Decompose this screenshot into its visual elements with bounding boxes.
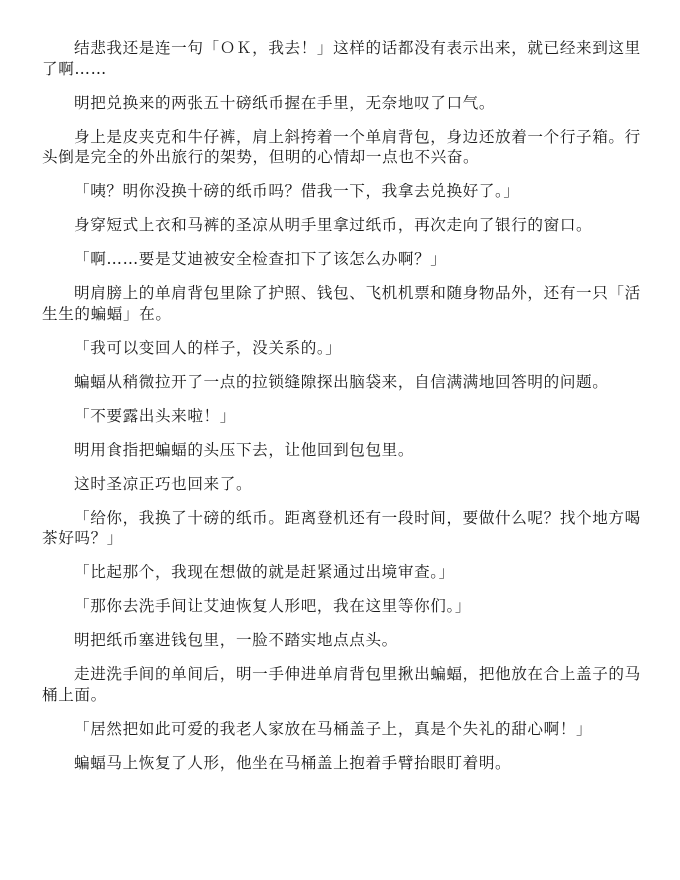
paragraph: 「那你去洗手间让艾迪恢复人形吧，我在这里等你们。」 [42, 596, 642, 617]
paragraph: 这时圣凉正巧也回来了。 [42, 474, 642, 495]
paragraph: 明把兑换来的两张五十磅纸币握在手里，无奈地叹了口气。 [42, 93, 642, 114]
paragraph: 「居然把如此可爱的我老人家放在马桶盖子上，真是个失礼的甜心啊！」 [42, 719, 642, 740]
paragraph: 蝙蝠马上恢复了人形，他坐在马桶盖上抱着手臂抬眼盯着明。 [42, 753, 642, 774]
paragraph: 「啊……要是艾迪被安全检查扣下了该怎么办啊？」 [42, 249, 642, 270]
paragraph: 明肩膀上的单肩背包里除了护照、钱包、飞机机票和随身物品外，还有一只「活生生的蝙蝠… [42, 283, 642, 324]
paragraph: 「不要露出头来啦！」 [42, 406, 642, 427]
paragraph: 走进洗手间的单间后，明一手伸进单肩背包里揪出蝙蝠，把他放在合上盖子的马桶上面。 [42, 664, 642, 705]
paragraph: 身上是皮夹克和牛仔裤，肩上斜挎着一个单肩背包，身边还放着一个行子箱。行头倒是完全… [42, 127, 642, 168]
paragraph: 「我可以变回人的样子，没关系的。」 [42, 338, 642, 359]
document-page: 结悲我还是连一句「ＯＫ，我去！」这样的话都没有表示出来，就已经来到这里了啊…… … [42, 38, 642, 787]
paragraph: 结悲我还是连一句「ＯＫ，我去！」这样的话都没有表示出来，就已经来到这里了啊…… [42, 38, 642, 79]
paragraph: 明用食指把蝙蝠的头压下去，让他回到包包里。 [42, 440, 642, 461]
paragraph: 「比起那个，我现在想做的就是赶紧通过出境审查。」 [42, 562, 642, 583]
paragraph: 蝙蝠从稍微拉开了一点的拉锁缝隙探出脑袋来，自信满满地回答明的问题。 [42, 372, 642, 393]
paragraph: 身穿短式上衣和马裤的圣凉从明手里拿过纸币，再次走向了银行的窗口。 [42, 215, 642, 236]
paragraph: 「咦？明你没换十磅的纸币吗？借我一下，我拿去兑换好了。」 [42, 181, 642, 202]
paragraph: 「给你，我换了十磅的纸币。距离登机还有一段时间，要做什么呢？找个地方喝茶好吗？」 [42, 508, 642, 549]
paragraph: 明把纸币塞进钱包里，一脸不踏实地点点头。 [42, 630, 642, 651]
